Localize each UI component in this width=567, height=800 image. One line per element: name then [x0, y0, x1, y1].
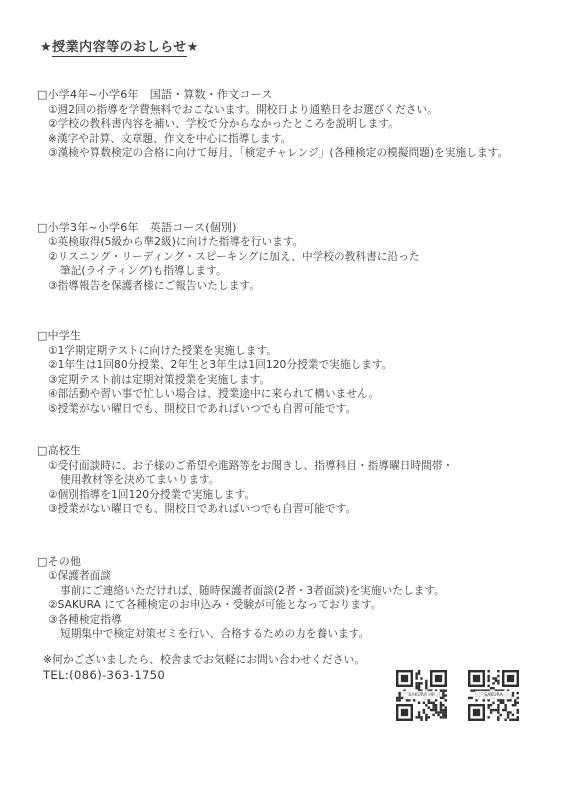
- section-line: ③授業がない曜日でも、開校日であればいつでも自習可能です。: [37, 502, 557, 517]
- section-line: ③漢検や算数検定の合格に向けて毎月、「検定チャレンジ」(各種検定の模擬問題)を実…: [37, 146, 557, 161]
- section-line: ※漢字や計算、文章題、作文を中心に指導します。: [37, 132, 557, 147]
- section: □高校生①受付面談時に、お子様のご希望や進路等をお聞きし、指導科目・指導曜日時間…: [37, 444, 557, 517]
- title-text: 授業内容等のおしらせ: [52, 40, 187, 57]
- section-heading: □小学4年~小学6年 国語・算数・作文コース: [37, 88, 557, 103]
- section-line: ②学校の教科書内容を補い、学校で分からなかったところを説明します。: [37, 117, 557, 132]
- section-line: ①英検取得(5級から準2級)に向けた指導を行います。: [37, 235, 557, 250]
- section-line: ②SAKURA にて各種検定のお申込み・受験が可能となっております。: [37, 598, 557, 613]
- section-line: 短期集中で検定対策ゼミを行い、合格するための力を養います。: [37, 627, 557, 642]
- section-line: ②個別指導を1回120分授業で実施します。: [37, 488, 557, 503]
- section-line: ③指導報告を保護者様にご報告いたします。: [37, 279, 557, 294]
- section-line: 事前にご連絡いただければ、随時保護者面談(2者・3者面談)を実施いたします。: [37, 584, 557, 599]
- qr-code-row: SAKURA HP SAKURA: [396, 670, 519, 721]
- phone-number: TEL:(086)-363-1750: [43, 667, 423, 683]
- sections-container: □小学4年~小学6年 国語・算数・作文コース①週2回の指導を学費無料でおこないま…: [37, 88, 557, 642]
- section-line: ③各種検定指導: [37, 613, 557, 628]
- section: □その他①保護者面談事前にご連絡いただければ、随時保護者面談(2者・3者面談)を…: [37, 555, 557, 642]
- section-line: ①1学期定期テストに向けた授業を実施します。: [37, 344, 557, 359]
- page-title: ★授業内容等のおしらせ★: [40, 36, 199, 55]
- svg-text:SAKURA: SAKURA: [484, 692, 503, 698]
- footer: ※何かございましたら、校舎までお気軽にお問い合わせください。 TEL:(086)…: [43, 652, 423, 683]
- section-line: ①保護者面談: [37, 569, 557, 584]
- section-line: ②リスニング・リーディング・スピーキングに加え、中学校の教科書に沿った: [37, 250, 557, 265]
- section: □小学3年~小学6年 英語コース(個別)①英検取得(5級から準2級)に向けた指導…: [37, 221, 557, 294]
- section-line: ②1年生は1回80分授業、2年生と3年生は1回120分授業で実施します。: [37, 358, 557, 373]
- section-line: 筆記(ライティング)も指導します。: [37, 264, 557, 279]
- section-line: ⑤授業がない曜日でも、開校日であればいつでも自習可能です。: [37, 402, 557, 417]
- notice-page: ★授業内容等のおしらせ★ □小学4年~小学6年 国語・算数・作文コース①週2回の…: [0, 0, 567, 800]
- title-star-right: ★: [187, 40, 199, 55]
- section-heading: □その他: [37, 555, 557, 570]
- section-line: ①受付面談時に、お子様のご希望や進路等をお聞きし、指導科目・指導曜日時間帯・: [37, 459, 557, 474]
- qr-code-hp: SAKURA HP: [396, 670, 447, 721]
- section-line: ④部活動や習い事で忙しい場合は、授業途中に来られて構いません。: [37, 387, 557, 402]
- section-line: ①週2回の指導を学費無料でおこないます。開校日より通塾日をお選びください。: [37, 103, 557, 118]
- section: □小学4年~小学6年 国語・算数・作文コース①週2回の指導を学費無料でおこないま…: [37, 88, 557, 161]
- svg-text:SAKURA HP: SAKURA HP: [408, 692, 434, 698]
- section-heading: □高校生: [37, 444, 557, 459]
- title-star-left: ★: [40, 40, 52, 55]
- section-heading: □小学3年~小学6年 英語コース(個別): [37, 221, 557, 236]
- section-heading: □中学生: [37, 329, 557, 344]
- contact-note: ※何かございましたら、校舎までお気軽にお問い合わせください。: [43, 652, 423, 667]
- section-line: 使用教材等を決めてまいります。: [37, 473, 557, 488]
- qr-code-sakura: SAKURA: [468, 670, 519, 721]
- section: □中学生①1学期定期テストに向けた授業を実施します。②1年生は1回80分授業、2…: [37, 329, 557, 416]
- section-line: ③定期テスト前は定期対策授業を実施します。: [37, 373, 557, 388]
